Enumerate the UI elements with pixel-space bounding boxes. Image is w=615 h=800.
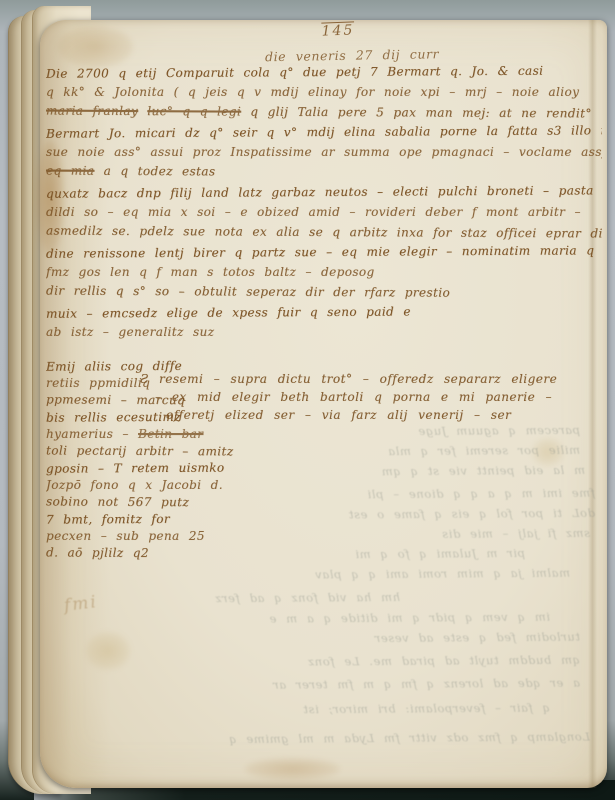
handwritten-line: dine renissone lentj birer q partz sue –… <box>46 240 602 263</box>
handwritten-line: hyamerius – Betin bar <box>46 426 261 443</box>
manuscript-page: 145 die veneris 27 dij curr Die 2700 q e… <box>40 20 607 788</box>
bleed-through-line: a er qde ad lorenz q fm q m fm terer ar <box>180 676 580 693</box>
paper-stain <box>245 758 340 780</box>
bleed-through-line: smz fi jalj – mie dis <box>270 526 590 542</box>
handwritten-line: Bermart Jo. micari dz q° seir q v° mdij … <box>46 120 602 143</box>
handwritten-line: muix – emcsedz elige de xpess fuir q sen… <box>46 300 602 323</box>
struck-text: eq mia <box>46 164 94 178</box>
bleed-through-line: fme imi m q a q q dione – pli <box>215 486 595 503</box>
handwritten-line: offeretj elized ser – via farz alij vene… <box>166 408 581 422</box>
bleed-through-line: q fair – feverpolami: bri miror; ist <box>130 701 550 718</box>
handwritten-line: fmz gos len q f man s totos baltz – depo… <box>46 262 602 282</box>
handwritten-line: toli pectarij arbitr – amitz <box>46 442 261 460</box>
bleed-through-line: m la eid peintt vie st q qm <box>255 463 585 479</box>
handwritten-line: q kk° & Jolonita ( q jeis q v mdij elina… <box>46 82 602 102</box>
bleed-through-line: parecem q aguum Juge <box>250 423 580 439</box>
paper-stain <box>86 632 130 670</box>
handwritten-line: Die 2700 q etij Comparuit cola q° due pe… <box>46 60 602 83</box>
faint-margin-mark: fmi <box>63 592 99 616</box>
bleed-through-line: turlodim fed q este ad veser <box>190 630 580 647</box>
handwritten-line: gposin – T retem uismko <box>46 459 261 477</box>
struck-text: maria franlay <box>46 104 138 118</box>
bleed-through-line: pir m Julami q fo q mi <box>225 546 525 562</box>
bleed-through-line: Longlamp q fmz odz vittr fm Lyda m ml gm… <box>160 729 590 746</box>
bleed-through-line: malmi ja q mim romi ami q q plav <box>190 566 570 583</box>
bleed-through-line: milie por seremi fer q mla <box>235 443 580 459</box>
struck-text: luc° q q legi <box>147 104 241 118</box>
main-text-block: Die 2700 q etij Comparuit cola q° due pe… <box>46 62 602 342</box>
handwritten-line: sue noie ass° assui proz Inspatissime ar… <box>46 142 602 162</box>
handwritten-line: – ex mid elegir beth bartoli q porna e m… <box>155 390 603 404</box>
bleed-through-line: im q vem q pidr q mi ditide q a m e <box>170 610 550 627</box>
handwritten-line: quxatz bacz dnp filij land latz garbaz n… <box>46 180 602 203</box>
handwritten-line: ab istz – generalitz suz <box>46 322 602 342</box>
page-number: 145 <box>288 21 388 40</box>
bleed-through-line: qm buddm tuylt ad pirad me. Le fonz <box>200 653 580 670</box>
bleed-through-line: hm ha vid fonz q ad ferz <box>100 590 400 606</box>
handwritten-line: 7 bmt, fomitz for <box>46 510 261 528</box>
left-margin-column: Emij aliis cog differetiis ppmidiliqppme… <box>46 358 261 562</box>
handwritten-line: pecxen – sub pena 25 <box>46 528 261 545</box>
struck-text: Betin bar <box>138 427 203 441</box>
handwritten-line: dildi so – eq mia x soi – e obized amid … <box>46 202 602 222</box>
manuscript-photo: 145 die veneris 27 dij curr Die 2700 q e… <box>0 0 615 800</box>
handwritten-line: Ƨ resemi – supra dictu trot° – offeredz … <box>140 372 602 386</box>
bleed-through-line: doL ti por fol q eis q fame o est <box>250 506 595 522</box>
